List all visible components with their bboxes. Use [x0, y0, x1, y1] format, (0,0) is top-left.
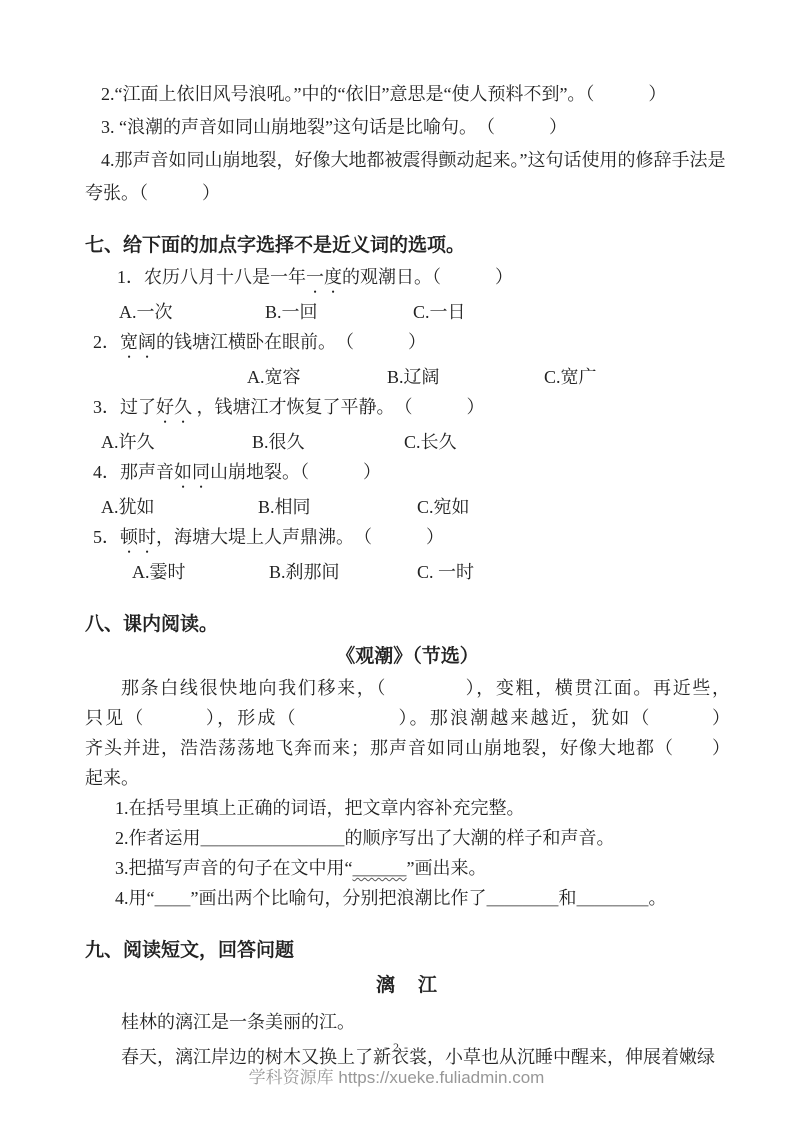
option-b: B.一回 — [265, 297, 413, 327]
passage-line: 那条白线很快地向我们移来，（ ），变粗，横贯江面。再近些， — [85, 673, 730, 703]
question-text: 4.用“ — [115, 888, 155, 908]
passage-title: 漓 江 — [85, 967, 730, 1005]
reading-question-1: 1.在括号里填上正确的词语，把文章内容补充完整。 — [85, 793, 730, 823]
dotted-word: 顿时 — [120, 527, 156, 547]
question-1-options: A.一次 B.一回 C.一日 — [119, 297, 730, 327]
option-a: A.许久 — [101, 427, 252, 457]
reading-question-3: 3.把描写声音的句子在文中用“＿＿＿”画出来。 — [85, 853, 730, 883]
section-nine-heading: 九、阅读短文，回答问题 — [85, 935, 730, 967]
section-seven-heading: 七、给下面的加点字选择不是近义词的选项。 — [85, 230, 730, 262]
option-c: C.长久 — [404, 427, 457, 457]
question-1-text: 1．农历八月十八是一年一度的观潮日。（ ） — [85, 262, 730, 297]
question-text-post: ”画出来。 — [407, 858, 487, 878]
judge-item-2: 2.“江面上依旧风号浪吼。”中的“依旧”意思是“使人预料不到”。（ ） — [85, 78, 730, 111]
blank-line: ＿＿＿＿ — [487, 888, 559, 908]
worksheet-page: 2.“江面上依旧风号浪吼。”中的“依旧”意思是“使人预料不到”。（ ） 3. “… — [0, 0, 793, 1122]
question-3-options: A.许久 B.很久 C.长久 — [101, 427, 730, 457]
question-text: 。 — [649, 888, 667, 908]
question-text-pre: 3．过了 — [93, 397, 156, 417]
question-text-pre: 2． — [93, 332, 120, 352]
question-4-text: 4．那声音如同山崩地裂。（ ） — [85, 457, 730, 492]
passage-line: 只见（ ），形成（ ）。那浪潮越来越近，犹如（ ） — [85, 703, 730, 733]
option-a: A.霎时 — [132, 557, 269, 587]
option-c: C.宛如 — [417, 492, 470, 522]
question-1: 1．农历八月十八是一年一度的观潮日。（ ） A.一次 B.一回 C.一日 — [85, 262, 730, 327]
passage-line: 起来。 — [85, 763, 730, 793]
question-text-post: ，钱塘江才恢复了平静。 （ ） — [192, 397, 485, 417]
option-c: C. 一时 — [417, 557, 474, 587]
option-b: B.辽阔 — [387, 362, 544, 392]
option-b: B.刹那间 — [269, 557, 417, 587]
passage-paragraph: 桂林的漓江是一条美丽的江。 — [85, 1005, 730, 1040]
question-3-text: 3．过了好久 ，钱塘江才恢复了平静。 （ ） — [85, 392, 730, 427]
question-text-post: 的钱塘江横卧在眼前。 （ ） — [156, 332, 426, 352]
judge-item-4: 4.那声音如同山崩地裂，好像大地都被震得颤动起来。”这句话使用的修辞手法是夸张。… — [85, 144, 730, 210]
passage-line: 齐头并进，浩浩荡荡地飞奔而来；那声音如同山崩地裂，好像大地都（ ） — [85, 733, 730, 763]
question-5-options: A.霎时 B.刹那间 C. 一时 — [132, 557, 730, 587]
blank-line: ＿＿＿＿＿＿＿＿ — [201, 828, 345, 848]
blank-line: ＿＿＿＿ — [577, 888, 649, 908]
question-2-options: A.宽容 B.辽阔 C.宽广 — [247, 362, 730, 392]
reading-question-4: 4.用“＿＿”画出两个比喻句，分别把浪潮比作了＿＿＿＿和＿＿＿＿。 — [85, 883, 730, 913]
wavy-blank-line: ＿＿＿ — [353, 858, 407, 878]
site-footer-link[interactable]: 学科资源库 https://xueke.fuliadmin.com — [0, 1063, 793, 1088]
dotted-word: 宽阔 — [120, 332, 156, 352]
question-text-post: 的顺序写出了大潮的样子和声音。 — [345, 828, 615, 848]
question-5-text: 5．顿时，海塘大堤上人声鼎沸。 （ ） — [85, 522, 730, 557]
option-c: C.一日 — [413, 297, 466, 327]
section-judgement-items: 2.“江面上依旧风号浪吼。”中的“依旧”意思是“使人预料不到”。（ ） 3. “… — [85, 78, 730, 210]
dotted-word: 如同 — [174, 462, 210, 482]
page-number: - 2 - — [0, 1040, 793, 1055]
option-b: B.很久 — [252, 427, 404, 457]
question-text-post: ，海塘大堤上人声鼎沸。 （ ） — [156, 527, 444, 547]
section-eight-heading: 八、课内阅读。 — [85, 609, 730, 641]
worksheet-content: 2.“江面上依旧风号浪吼。”中的“依旧”意思是“使人预料不到”。（ ） 3. “… — [85, 78, 730, 1075]
question-5: 5．顿时，海塘大堤上人声鼎沸。 （ ） A.霎时 B.刹那间 C. 一时 — [85, 522, 730, 587]
passage-title: 《观潮》（节选） — [85, 641, 730, 673]
question-text-post: 的观潮日。（ ） — [342, 267, 513, 287]
question-text-pre: 4．那声音 — [93, 462, 174, 482]
option-a: A.犹如 — [101, 492, 258, 522]
question-text: 和 — [559, 888, 577, 908]
question-2-text: 2．宽阔的钱塘江横卧在眼前。 （ ） — [85, 327, 730, 362]
dotted-word: 好久 — [156, 397, 192, 417]
question-text-pre: 3.把描写声音的句子在文中用“ — [115, 858, 353, 878]
judge-item-3: 3. “浪潮的声音如同山崩地裂”这句话是比喻句。 （ ） — [85, 111, 730, 144]
dotted-word: 一度 — [306, 267, 342, 287]
reading-question-2: 2.作者运用＿＿＿＿＿＿＿＿的顺序写出了大潮的样子和声音。 — [85, 823, 730, 853]
question-text-pre: 5． — [93, 527, 120, 547]
passage-text: 那条白线很快地向我们移来，（ ），变粗，横贯江面。再近些， 只见（ ），形成（ … — [85, 673, 730, 793]
question-4-options: A.犹如 B.相同 C.宛如 — [101, 492, 730, 522]
question-3: 3．过了好久 ，钱塘江才恢复了平静。 （ ） A.许久 B.很久 C.长久 — [85, 392, 730, 457]
section-seven-synonyms: 七、给下面的加点字选择不是近义词的选项。 1．农历八月十八是一年一度的观潮日。（… — [85, 230, 730, 587]
option-a: A.一次 — [119, 297, 265, 327]
option-b: B.相同 — [258, 492, 417, 522]
question-4: 4．那声音如同山崩地裂。（ ） A.犹如 B.相同 C.宛如 — [85, 457, 730, 522]
section-eight-reading: 八、课内阅读。 《观潮》（节选） 那条白线很快地向我们移来，（ ），变粗，横贯江… — [85, 609, 730, 913]
question-2: 2．宽阔的钱塘江横卧在眼前。 （ ） A.宽容 B.辽阔 C.宽广 — [85, 327, 730, 392]
option-c: C.宽广 — [544, 362, 597, 392]
question-text-post: 山崩地裂。（ ） — [210, 462, 381, 482]
question-text: ”画出两个比喻句，分别把浪潮比作了 — [191, 888, 487, 908]
option-a: A.宽容 — [247, 362, 387, 392]
question-text-pre: 1．农历八月十八是一年 — [117, 267, 306, 287]
blank-line: ＿＿ — [155, 888, 191, 908]
question-text-pre: 2.作者运用 — [115, 828, 201, 848]
